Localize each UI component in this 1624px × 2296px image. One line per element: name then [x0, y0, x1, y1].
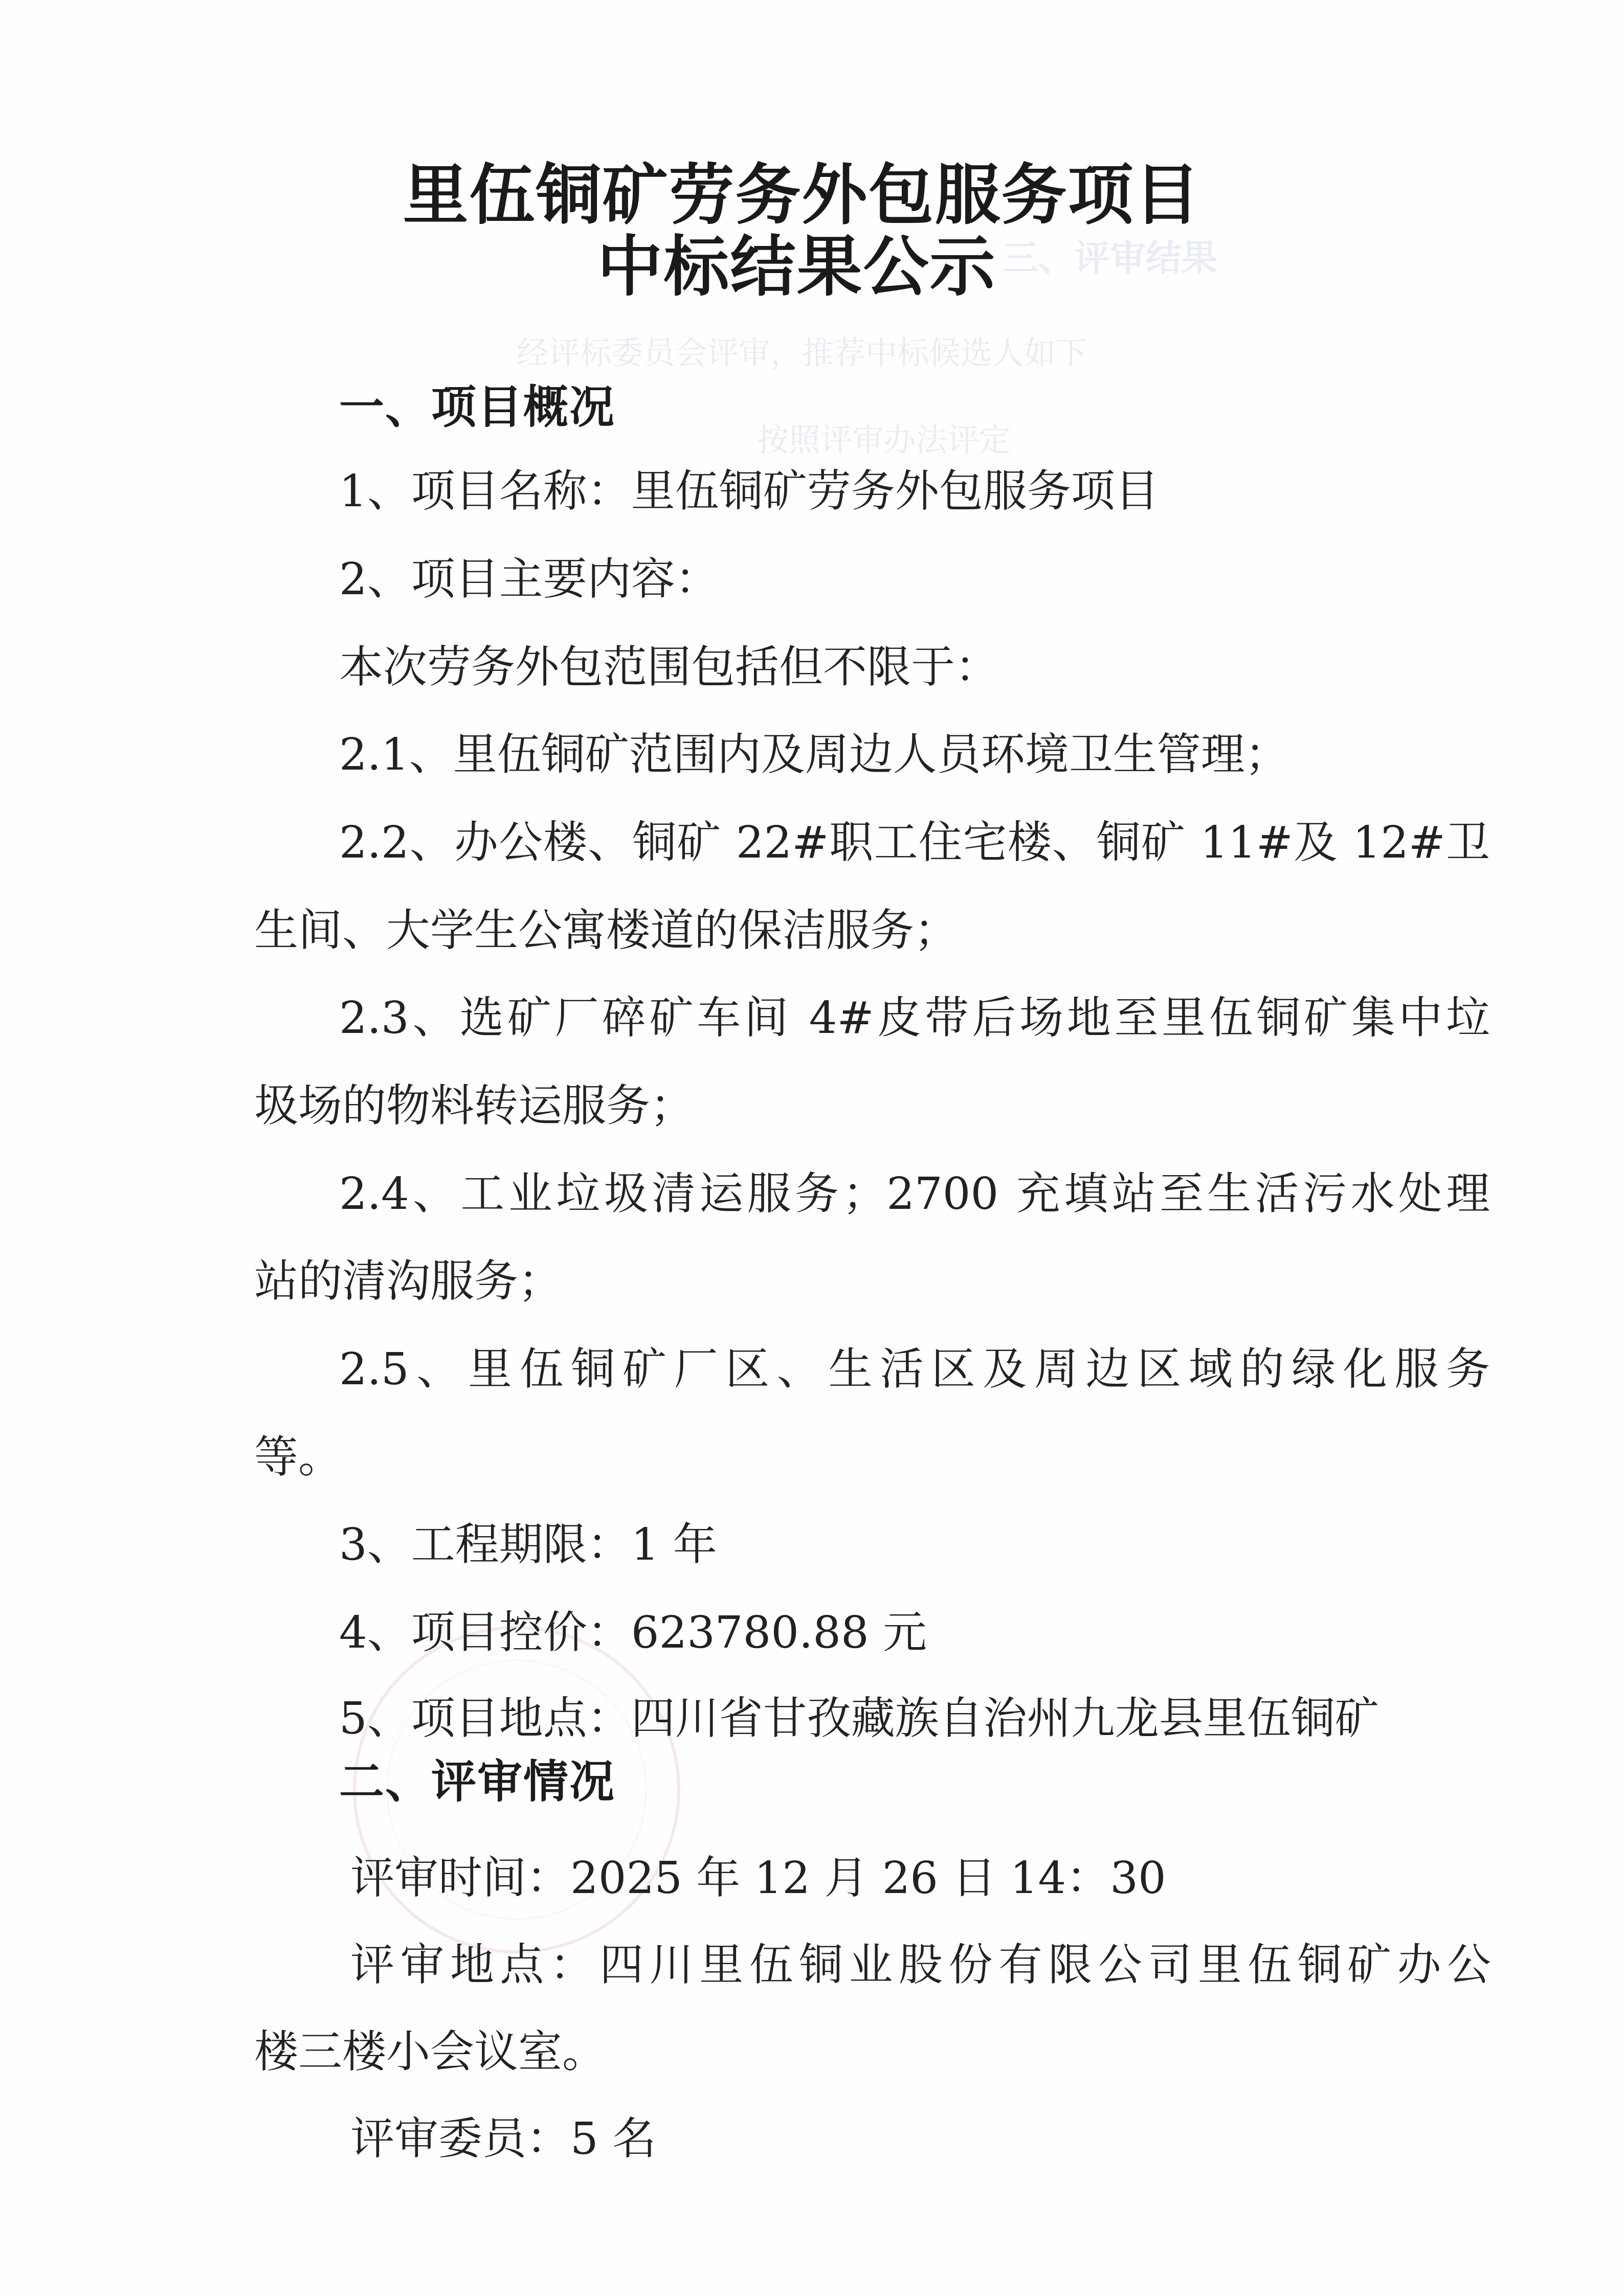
document-title-line2: 中标结果公示 — [0, 234, 1609, 300]
section-heading-overview: 一、项目概况 — [339, 385, 615, 430]
scope-item-2-3: 2.3、选矿厂碎矿车间 4#皮带后场地至里伍铜矿集中垃 — [339, 996, 1490, 1040]
document-title-line1: 里伍铜矿劳务外包服务项目 — [0, 163, 1614, 228]
review-place-continued: 楼三楼小会议室。 — [254, 2030, 606, 2074]
bleed-through-text: 经评标委员会评审，推荐中标候选人如下 — [517, 337, 1087, 369]
section-heading-review: 二、评审情况 — [339, 1759, 615, 1804]
main-content-label: 2、项目主要内容： — [339, 557, 719, 601]
bleed-through-text: 按照评审办法评定 — [757, 424, 1011, 456]
review-committee-line: 评审委员：5 名 — [350, 2117, 656, 2161]
scope-item-2-4: 2.4、工业垃圾清运服务；2700 充填站至生活污水处理 — [339, 1172, 1490, 1216]
scope-item-2-2-continued: 生间、大学生公寓楼道的保洁服务； — [254, 909, 958, 953]
control-price-line: 4、项目控价：623780.88 元 — [339, 1611, 927, 1655]
duration-line: 3、工程期限：1 年 — [339, 1523, 717, 1567]
scope-item-2-3-continued: 圾场的物料转运服务； — [254, 1084, 694, 1128]
scope-intro-line: 本次劳务外包范围包括但不限于： — [339, 645, 999, 689]
review-place-line: 评审地点：四川里伍铜业股份有限公司里伍铜矿办公 — [350, 1943, 1491, 1987]
review-time-line: 评审时间：2025 年 12 月 26 日 14：30 — [350, 1856, 1166, 1900]
scope-item-2-5-continued: 等。 — [254, 1435, 342, 1479]
project-name-line: 1、项目名称：里伍铜矿劳务外包服务项目 — [339, 469, 1159, 513]
scope-item-2-1: 2.1、里伍铜矿范围内及周边人员环境卫生管理； — [339, 733, 1289, 777]
scope-item-2-4-continued: 站的清沟服务； — [254, 1259, 562, 1303]
scope-item-2-2: 2.2、办公楼、铜矿 22#职工住宅楼、铜矿 11#及 12#卫 — [339, 821, 1490, 865]
document-page: 三、评审结果 经评标委员会评审，推荐中标候选人如下 按照评审办法评定 里伍铜矿劳… — [0, 0, 1624, 2296]
location-line: 5、项目地点：四川省甘孜藏族自治州九龙县里伍铜矿 — [339, 1697, 1379, 1741]
scope-item-2-5: 2.5、里伍铜矿厂区、生活区及周边区域的绿化服务 — [339, 1347, 1490, 1391]
